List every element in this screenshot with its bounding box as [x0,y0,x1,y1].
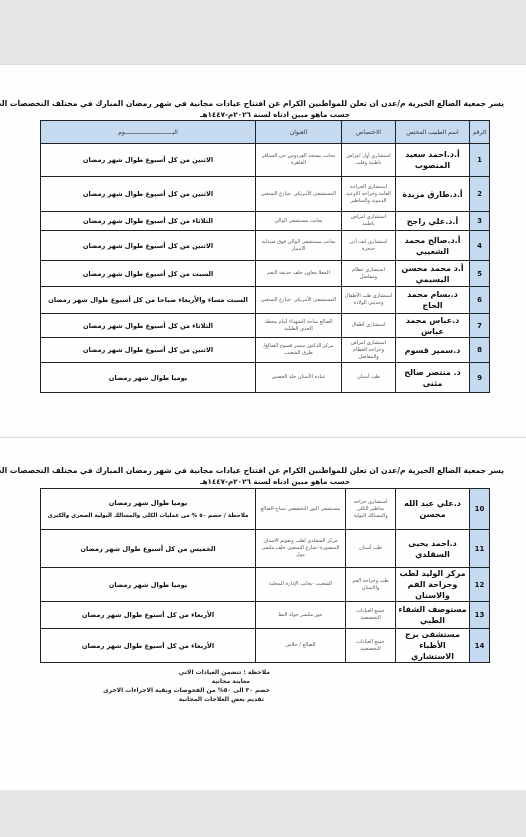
row-num: 13 [470,602,490,629]
row-num: 2 [470,177,490,212]
specialty: استشاري جراحة مناظير الكلى والمسالك البو… [346,489,396,530]
doctor-name: مستوصف الشفاء الطبي [396,602,470,629]
schedule: الخميس من كل أسبوع طوال شهر رمضان [41,530,256,568]
clinics-table-1: الرقم اسم الطبيب المختص الاختصاص العنوان… [40,120,490,393]
row-num: 10 [470,489,490,530]
col-specialty: الاختصاص [342,121,396,144]
specialty: استشاري أول امراض باطنية وقلب [342,144,396,177]
table-row: 12 مركز الوليد لطب وجراحة الفم والاسنان … [41,568,490,602]
row-num: 9 [470,363,490,393]
address: الضالع / حلاس [256,629,346,663]
announcement-title: يسر جمعية الضالع الخيرية م/عدن ان تعلن ل… [0,466,504,476]
specialty: استشاري عظام ومفاصل [342,261,396,287]
clinics-table-2: 10 د.علي عبد الله محسن استشاري جراحة منا… [40,488,490,663]
table-row: 11 د.احمد يحيى السقلدي طب أسنان مركز الس… [41,530,490,568]
doctor-name: أ.د.احمد سعيد المنصوب [396,144,470,177]
schedule: الاثنين من كل أسبوع طوال شهر رمضان [41,144,256,177]
table-row: 4 أ.د.صالح محمد الشعيبي استشاري انف أذن … [41,231,490,261]
document-page-1: يسر جمعية الضالع الخيرية م/عدن ان تعلن ل… [0,64,526,437]
doctor-name: أ.د.علي راجح [396,212,470,231]
specialty: استشاري انف أذن حنجرة [342,231,396,261]
schedule: الأربعاء من كل أسبوع طوال شهر رمضان [41,629,256,663]
specialty: استشاري طب الأطفال وحديثي الولادة [342,287,396,314]
specialty: جميع العيادات التخصصية [346,629,396,663]
note-line: خصم ٣٠ الى ٥٠% من الفحوصات وبقية الاجراء… [103,686,270,695]
col-num: الرقم [470,121,490,144]
table-row: 14 مستشفى برج الأطباء الاستشاري جميع الع… [41,629,490,663]
doctor-name: د.علي عبد الله محسن [396,489,470,530]
discount-note: ملاحظة / خصم ٥٠ % من عمليات الكلى والمسا… [43,513,253,519]
col-days: اليـــــــــــــــــــــــــــوم [41,121,256,144]
specialty: استشاري امراض وجراحة العظام والمفاصل [342,338,396,363]
address: مركز الدكتور سمير قسوم الضالع/ طرق الشعي… [256,338,342,363]
row-num: 3 [470,212,490,231]
schedule: يوميا طوال شهر رمضان [41,363,256,393]
doctor-name: د.سمير قسوم [396,338,470,363]
doctor-name: د. منتصر صالح مثنى [396,363,470,393]
table-row: 3 أ.د.علي راجح استشاري امراض باطنية بجان… [41,212,490,231]
table-row: 7 د.عباس محمد عباس استشاري أطفال الضالع … [41,314,490,338]
specialty: استشاري أطفال [342,314,396,338]
specialty: جميع العيادات التخصصية [346,602,396,629]
doctor-name: أ.د.طارق مزيدة [396,177,470,212]
table-row: 6 د.بسام محمد الحاج استشاري طب الأطفال و… [41,287,490,314]
col-doctor: اسم الطبيب المختص [396,121,470,144]
table-row: 5 أ.د محمد محسن اليسيمي استشاري عظام ومف… [41,261,490,287]
document-page-2: يسر جمعية الضالع الخيرية م/عدن ان تعلن ل… [0,438,526,790]
row-num: 11 [470,530,490,568]
table-row: 8 د.سمير قسوم استشاري امراض وجراحة العظا… [41,338,490,363]
schedule: السبت من كل أسبوع طوال شهر رمضان [41,261,256,287]
specialty: طب أسنان [342,363,396,393]
table-row: 9 د. منتصر صالح مثنى طب أسنان عيادة الأس… [41,363,490,393]
announcement-subtitle: حسب ماهو مبين ادناه لسنة ٢٠٢٦م-١٤٤٧هـ [200,477,350,486]
schedule: الثلاثاء من كل أسبوع طوال شهر رمضان [41,212,256,231]
address: الشعيب -بجانب الإدارة المحلية [256,568,346,602]
address: مركز السقلدي لطب وتقويم الاسنان المنصورة… [256,530,346,568]
doctor-name: أ.د محمد محسن اليسيمي [396,261,470,287]
schedule-text: يوميا طوال شهر رمضان [109,499,188,507]
address: الضالع ساحة الشهداء أمام محطة الحدي الطب… [256,314,342,338]
schedule: يوميا طوال شهر رمضان ملاحظة / خصم ٥٠ % م… [41,489,256,530]
doctor-name: د.بسام محمد الحاج [396,287,470,314]
doctor-name: أ.د.صالح محمد الشعيبي [396,231,470,261]
schedule: السبت مساء والأربعاء صباحا من كل أسبوع ط… [41,287,256,314]
address: بجانب مستشفى الوالي [256,212,342,231]
row-num: 6 [470,287,490,314]
table-row: 13 مستوصف الشفاء الطبي جميع العيادات الت… [41,602,490,629]
doctor-name: مركز الوليد لطب وجراحة الفم والاسنان [396,568,470,602]
row-num: 1 [470,144,490,177]
doctor-name: مستشفى برج الأطباء الاستشاري [396,629,470,663]
schedule: الثلاثاء من كل أسبوع طوال شهر رمضان [41,314,256,338]
address: عور مكسر جولة البط [256,602,346,629]
row-num: 4 [470,231,490,261]
specialty: استشاري امراض باطنية [342,212,396,231]
specialty: طب أسنان [346,530,396,568]
address: المستشفى الأمريكي -شارع التسعين [256,177,342,212]
address: مستشفى النور التخصصي سناح-الضالع [256,489,346,530]
schedule: الأربعاء من كل أسبوع طوال شهر رمضان [41,602,256,629]
row-num: 5 [470,261,490,287]
row-num: 8 [470,338,490,363]
note-line: تقديم بعض العلاجات المجانية [103,695,270,704]
schedule: الاثنين من كل أسبوع طوال شهر رمضان [41,338,256,363]
doctor-name: د.احمد يحيى السقلدي [396,530,470,568]
row-num: 14 [470,629,490,663]
schedule: الاثنين من كل أسبوع طوال شهر رمضان [41,231,256,261]
table-row: 10 د.علي عبد الله محسن استشاري جراحة منا… [41,489,490,530]
note-heading: ملاحظة : تتضمن العيادات الاتي [103,668,270,677]
address: المعلا معاون خلف حديقة النغم [256,261,342,287]
note-line: معاينة مجانية [103,677,270,686]
announcement-subtitle: حسب ماهو مبين ادناه لسنة ٢٠٢٦م-١٤٤٧هـ [200,110,350,119]
announcement-title: يسر جمعية الضالع الخيرية م/عدن ان تعلن ل… [0,99,504,109]
doctor-name: د.عباس محمد عباس [396,314,470,338]
address: المستشفى الأمريكي -شارع التسعين [256,287,342,314]
notes-block: ملاحظة : تتضمن العيادات الاتي معاينة مجا… [103,668,270,704]
col-address: العنوان [256,121,342,144]
table-row: 2 أ.د.طارق مزيدة استشاري الجراحة العامة … [41,177,490,212]
table-row: 1 أ.د.احمد سعيد المنصوب استشاري أول امرا… [41,144,490,177]
address: بجانب مستشفى الوالي فوق صيدلية الامتياز [256,231,342,261]
address: عيادة الأسنان خلة الحصين [256,363,342,393]
row-num: 7 [470,314,490,338]
specialty: استشاري الجراحة العامة وجراحة الاوعية ال… [342,177,396,212]
row-num: 12 [470,568,490,602]
table-header-row: الرقم اسم الطبيب المختص الاختصاص العنوان… [41,121,490,144]
schedule: الاثنين من كل أسبوع طوال شهر رمضان [41,177,256,212]
schedule: يوميا طوال شهر رمضان [41,568,256,602]
address: بجانب مسجد الفردوس حي السنافر القاهرة [256,144,342,177]
specialty: طب وجراحة الفم والاسنان [346,568,396,602]
